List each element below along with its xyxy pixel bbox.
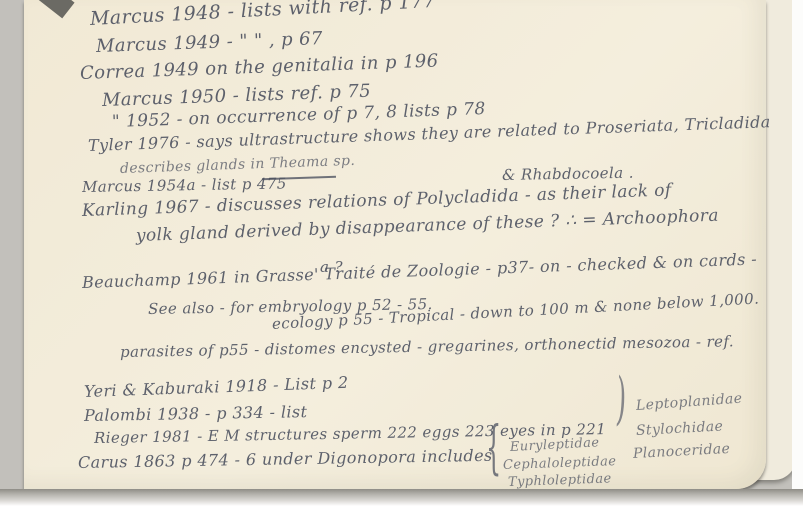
handwritten-line: Yeri & Kaburaki 1918 - List p 2 (84, 373, 349, 401)
handwritten-line: Marcus 1949 - " " , p 67 (96, 28, 324, 57)
handwritten-continuation: & Rhabdocoela . (502, 164, 634, 184)
brace-item: Typhloleptidae (508, 471, 612, 490)
handwritten-insertion: describes glands in Theama sp. (120, 153, 356, 177)
scan-corner-shadow (35, 0, 74, 18)
right-list-item: Leptoplanidae (635, 391, 743, 414)
scanned-index-card: Marcus 1948 - lists with ref. p 177 Marc… (0, 0, 803, 506)
handwritten-line: Marcus 1954a - list p 475 (82, 174, 287, 196)
right-list-item: Planoceridae (633, 441, 731, 462)
handwritten-line: Beauchamp 1961 in Grasse' Traité de Zool… (82, 249, 758, 292)
scan-margin (792, 0, 803, 506)
scan-bottom-edge (0, 489, 803, 506)
handwritten-line: Carus 1863 p 474 - 6 under Digonopora in… (78, 446, 493, 472)
brace-item: Cephaloleptidae (503, 454, 617, 473)
index-card: Marcus 1948 - lists with ref. p 177 Marc… (24, 0, 766, 489)
handwritten-line: parasites of p55 - distomes encysted - g… (120, 332, 734, 361)
right-list-item: Stylochidae (636, 418, 724, 439)
handwritten-line: Palombi 1938 - p 334 - list (84, 402, 308, 425)
curve-glyph: ) (614, 367, 628, 435)
brace-glyph: { (486, 414, 502, 481)
brace-item: Euryleptidae (510, 435, 600, 455)
handwritten-line: Marcus 1948 - lists with ref. p 177 (89, 0, 436, 30)
